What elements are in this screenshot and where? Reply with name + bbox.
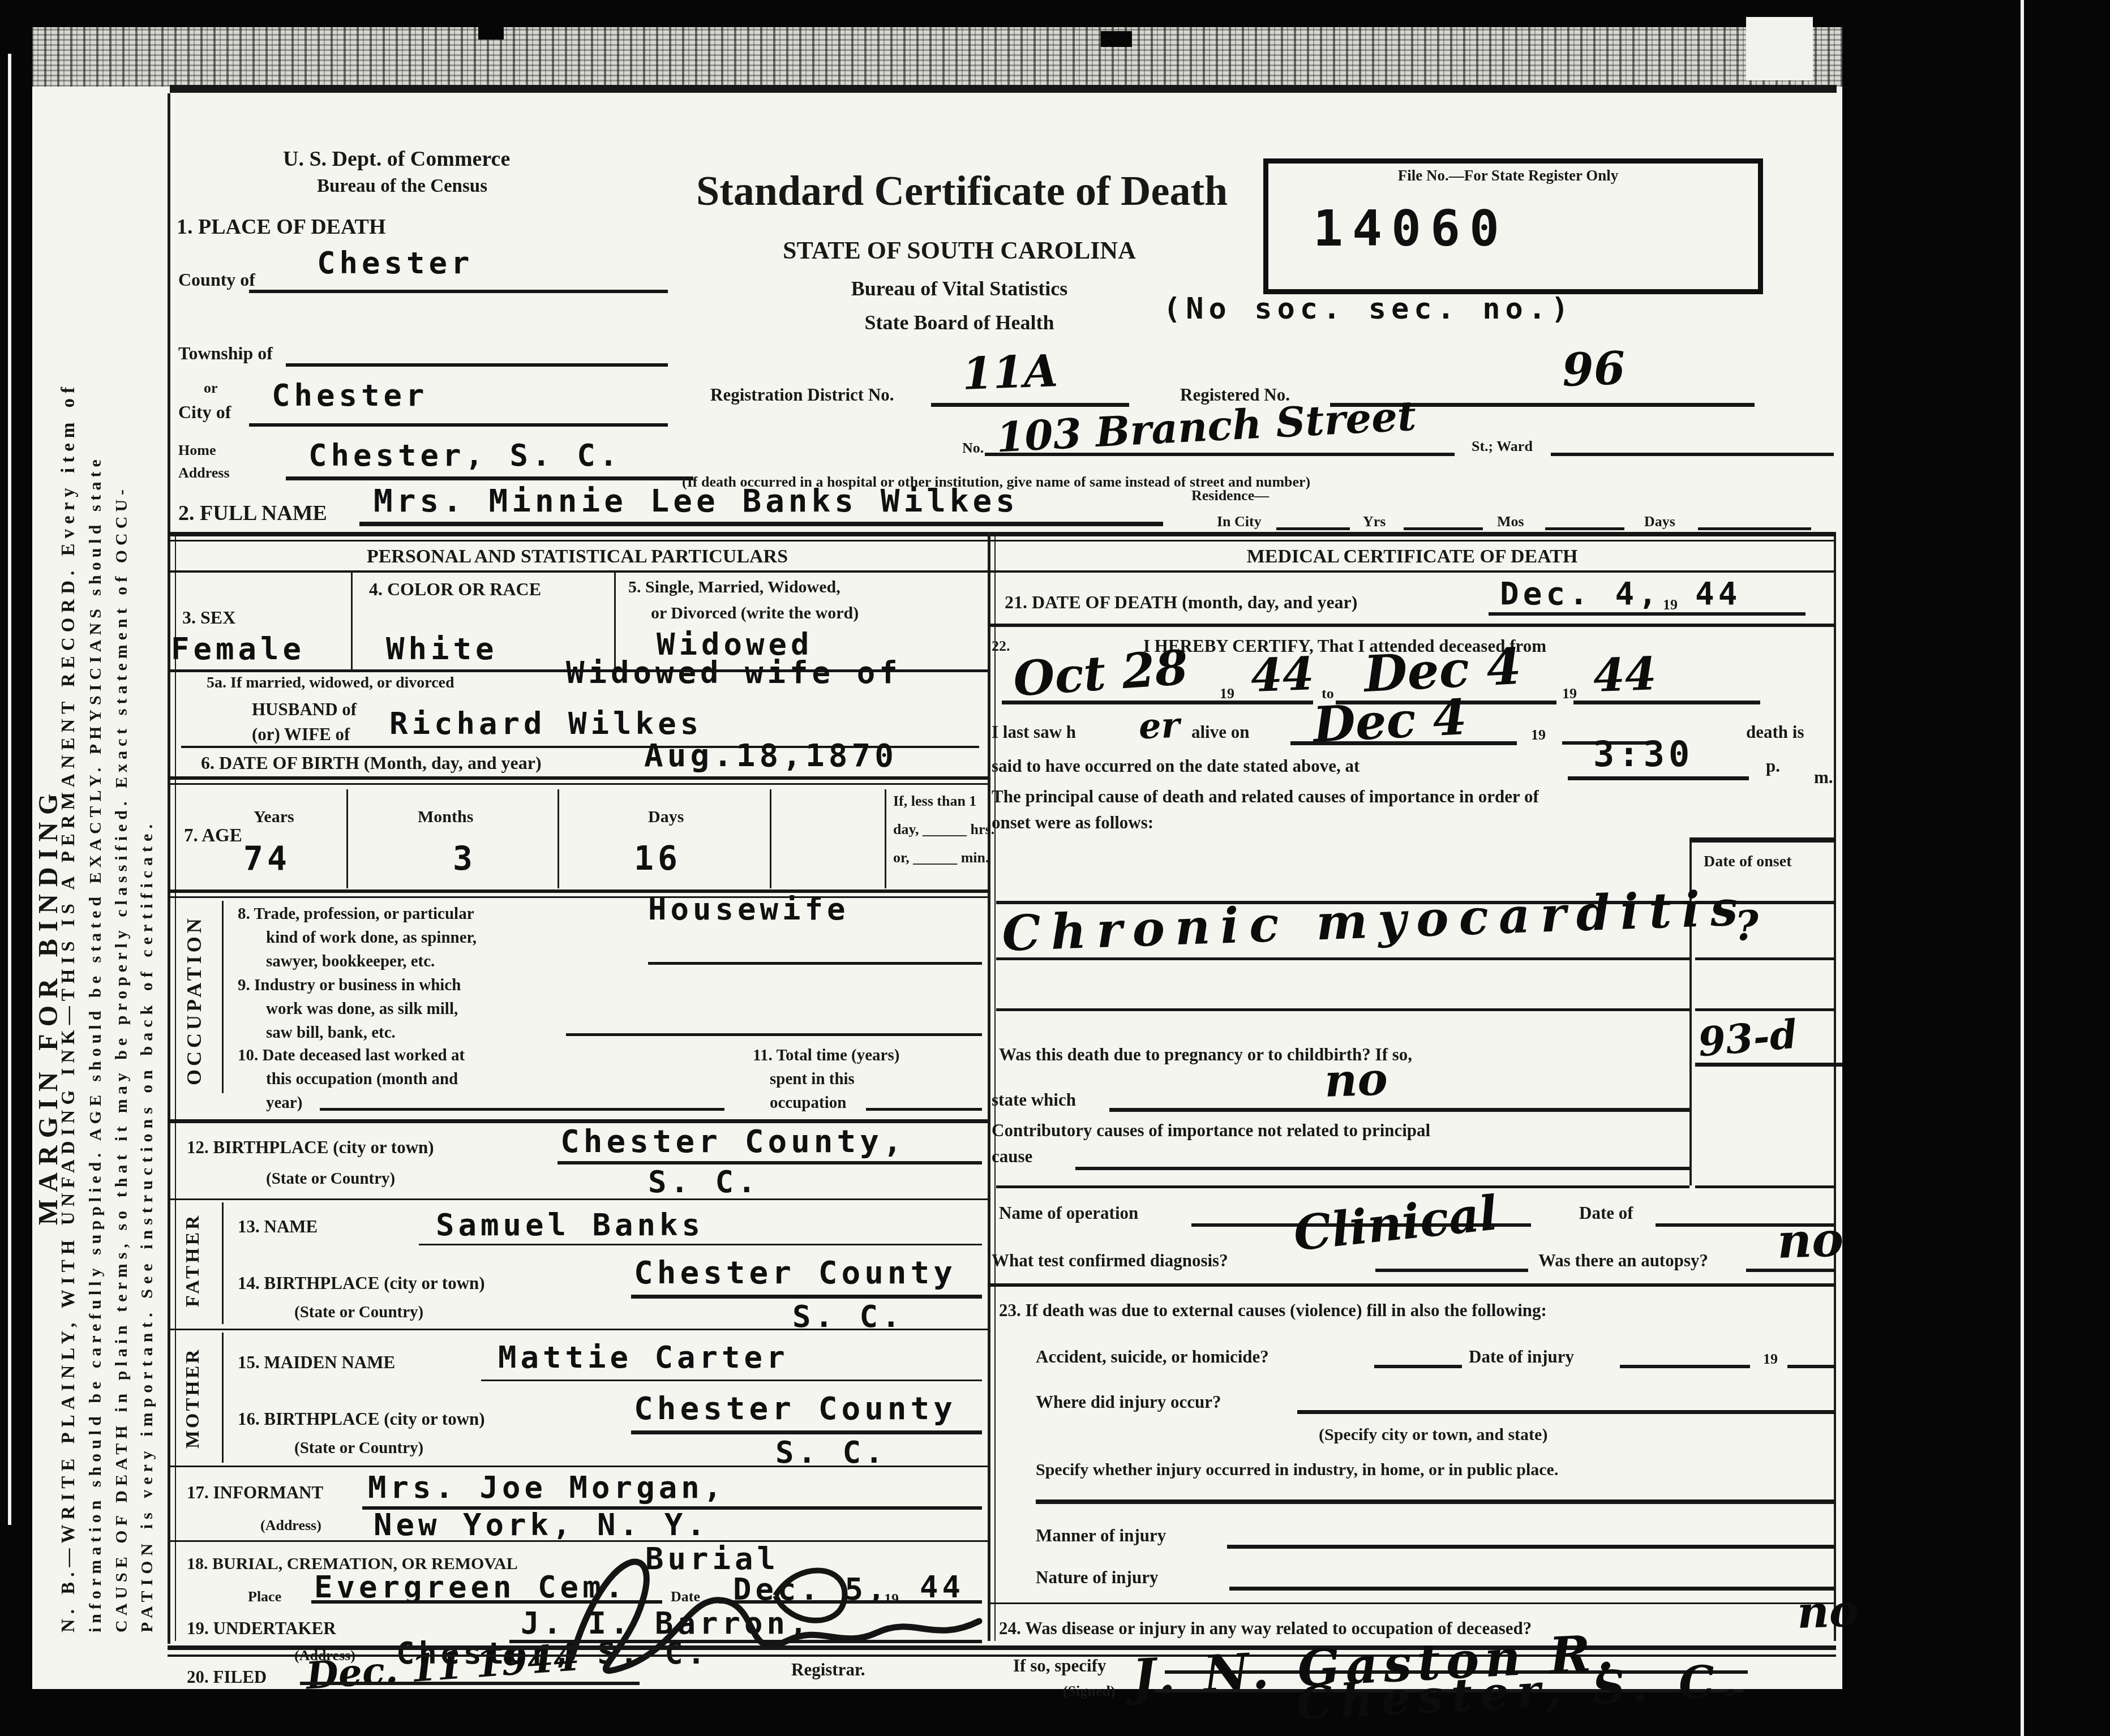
marital-label-2: or Divorced (write the word) — [651, 604, 859, 622]
accident-label: Accident, suicide, or homicide? — [1036, 1348, 1269, 1367]
registrar-label: Registrar. — [791, 1661, 865, 1679]
item16-value: Chester County — [634, 1393, 957, 1425]
item20-label: 20. FILED — [187, 1668, 267, 1687]
age-days-label: Days — [648, 808, 684, 826]
occurred-label: said to have occurred on the date stated… — [992, 757, 1360, 776]
home-label1: Home — [178, 442, 216, 458]
item14-state-value: S. C. — [792, 1301, 904, 1332]
onset-bottom-line — [1695, 1185, 1835, 1188]
autopsy-line — [1746, 1269, 1835, 1272]
home-address-line — [286, 476, 693, 480]
item10-line3: year) — [266, 1094, 302, 1111]
item18-place-label: Place — [248, 1589, 281, 1604]
husband-label: HUSBAND of — [252, 701, 357, 719]
age-years-value: 74 — [243, 842, 291, 875]
marital-label-1: 5. Single, Married, Widowed, — [628, 578, 840, 596]
item10-line — [320, 1108, 724, 1111]
age-label: 7. AGE — [184, 826, 242, 846]
death-certificate-scan: MARGIN FOR BINDING N. B.—WRITE PLAINLY, … — [0, 0, 2110, 1736]
sex-label: 3. SEX — [182, 608, 235, 628]
full-name-label: 2. FULL NAME — [178, 502, 327, 525]
residence-line2 — [1404, 527, 1483, 530]
scan-artifact-right-line — [2021, 0, 2024, 1736]
certificate-title: Standard Certificate of Death — [696, 170, 1223, 214]
medical-title-rule — [988, 570, 1836, 573]
item15-value: Mattie Carter — [498, 1342, 789, 1373]
age-divider-4 — [885, 789, 886, 888]
scan-artifact-notch — [1746, 17, 1813, 80]
occupation-side-label: OCCUPATION — [182, 915, 206, 1085]
pm-label-p: p. — [1766, 757, 1780, 776]
item16-label: 16. BIRTHPLACE (city or town) — [238, 1410, 485, 1429]
residence-line1 — [1276, 527, 1350, 530]
item21-label: 21. DATE OF DEATH (month, day, and year) — [1005, 593, 1357, 612]
accident-line — [1374, 1365, 1462, 1368]
scan-edge-right — [1842, 0, 2110, 1736]
state-line: STATE OF SOUTH CAROLINA — [696, 238, 1223, 264]
item24-value: no — [1796, 1589, 1859, 1635]
reg-district-label: Registration District No. — [710, 386, 894, 405]
scan-artifact-left-sliver — [8, 54, 11, 1525]
nature-label: Nature of injury — [1036, 1569, 1158, 1587]
form-left-border — [168, 93, 170, 1644]
age-days-value: 16 — [634, 842, 681, 875]
item11-line2: spent in this — [770, 1071, 855, 1088]
full-name-value: Mrs. Minnie Lee Banks Wilkes — [374, 485, 1019, 517]
item12-state-label: (State or Country) — [266, 1170, 395, 1187]
item16-state-label: (State or Country) — [294, 1439, 423, 1456]
item11-line1: 11. Total time (years) — [753, 1047, 899, 1064]
item5a-value: Widowed wife of — [566, 658, 902, 688]
father-side-label: FATHER — [182, 1213, 204, 1307]
age-rule-1 — [168, 890, 988, 893]
attended-line-1 — [1002, 701, 1313, 704]
item15-line — [481, 1380, 982, 1381]
county-label: County of — [178, 270, 255, 290]
attended-from-19: 19 — [1220, 686, 1234, 701]
residence-line3 — [1545, 527, 1624, 530]
margin-note-line3: CAUSE OF DEATH in plain terms, so that i… — [112, 485, 131, 1632]
attended-line-3 — [1573, 701, 1760, 704]
item15-label: 15. MAIDEN NAME — [238, 1353, 395, 1372]
date-injury-line — [1620, 1365, 1750, 1368]
item8-line3: sawyer, bookkeeper, etc. — [266, 953, 435, 970]
race-label: 4. COLOR OR RACE — [369, 580, 541, 599]
dob-label: 6. DATE OF BIRTH (Month, day, and year) — [201, 754, 542, 773]
item8-value: Housewife — [648, 894, 850, 925]
mother-divider — [222, 1333, 224, 1463]
item10-line1: 10. Date deceased last worked at — [238, 1047, 465, 1064]
reg-district-line — [931, 403, 1129, 407]
item12-state-value: S. C. — [648, 1167, 760, 1197]
time-line — [1568, 776, 1749, 780]
item10-line2: this occupation (month and — [266, 1071, 458, 1088]
dept-line1: U. S. Dept. of Commerce — [283, 148, 510, 171]
county-line — [249, 290, 668, 293]
principal-line2: onset were as follows: — [992, 814, 1153, 832]
item11-line — [866, 1108, 982, 1111]
time-value: 3:30 — [1593, 737, 1693, 772]
mother-rule — [170, 1466, 988, 1467]
township-line — [286, 363, 668, 367]
date-injury-label: Date of injury — [1469, 1348, 1574, 1367]
age-years-label: Years — [254, 808, 294, 826]
file-box-label: File No.—For State Register Only — [1269, 167, 1747, 183]
item21-19: 19 — [1663, 597, 1678, 612]
specify-line — [1036, 1499, 1835, 1504]
last-saw-19: 19 — [1531, 727, 1546, 742]
test-label: What test confirmed diagnosis? — [992, 1252, 1228, 1270]
item1-place-of-death: 1. PLACE OF DEATH — [177, 216, 385, 239]
item16-line — [631, 1430, 982, 1434]
where-line — [1297, 1410, 1835, 1414]
item9-line2: work was done, as silk mill, — [266, 1000, 458, 1017]
last-saw-label: I last saw h — [992, 723, 1076, 742]
medical-section-title: MEDICAL CERTIFICATE OF DEATH — [990, 547, 1834, 567]
scan-noise-strip — [31, 25, 1842, 87]
item24-rule — [988, 1602, 1835, 1604]
top-rule — [170, 85, 1837, 93]
city-line — [249, 423, 668, 427]
item14-value: Chester County — [634, 1257, 957, 1289]
last-saw-script: er — [1138, 708, 1180, 744]
day-hrs-label: day, ______ hrs. — [893, 822, 994, 837]
test-line — [1375, 1269, 1528, 1272]
signed-label: (Signed) — [1063, 1683, 1115, 1699]
full-name-line — [359, 522, 1163, 526]
residence-in-city: In City — [1217, 514, 1262, 529]
alive-on-label: alive on — [1191, 723, 1249, 742]
cause-line-2 — [996, 957, 1689, 960]
home-address-value: Chester, S. C. — [308, 440, 621, 471]
pregnancy-code-value: 93-d — [1696, 1014, 1799, 1062]
operation-date-label: Date of — [1579, 1204, 1633, 1223]
contributory-line1: Contributory causes of importance not re… — [992, 1121, 1430, 1140]
ward-line — [1551, 453, 1834, 456]
state-which-label: state which — [992, 1091, 1076, 1110]
personal-title-rule — [168, 570, 988, 573]
pregnancy-code-line — [1695, 1063, 1842, 1067]
last-saw-line — [1290, 741, 1517, 745]
mother-side-label: MOTHER — [182, 1347, 204, 1449]
city-label: City of — [178, 403, 231, 422]
item12-label: 12. BIRTHPLACE (city or town) — [187, 1138, 434, 1157]
contributory-line — [1075, 1167, 1689, 1170]
item12-rule — [170, 1198, 988, 1200]
sex-value: Female — [171, 634, 305, 664]
injury-19: 19 — [1763, 1351, 1778, 1367]
township-label: Township of — [178, 344, 273, 363]
age-divider-3 — [770, 789, 771, 888]
item16-state-value: S. C. — [775, 1437, 887, 1468]
item21-value: Dec. 4, — [1500, 578, 1661, 610]
cause-line-3 — [996, 1008, 1689, 1011]
residence-line4 — [1698, 527, 1811, 530]
item14-label: 14. BIRTHPLACE (city or town) — [238, 1274, 485, 1293]
contributory-line2: cause — [992, 1148, 1032, 1166]
form-left-border-inner — [175, 532, 176, 1641]
item13-label: 13. NAME — [238, 1218, 318, 1236]
item8-line2: kind of work done, as spinner, — [266, 929, 477, 946]
scan-edge-left — [0, 0, 32, 1736]
item17-label: 17. INFORMANT — [187, 1484, 323, 1502]
scan-blob-1 — [478, 11, 504, 40]
column-divider — [988, 532, 990, 1641]
dob-rule-2 — [168, 783, 988, 785]
item8-line1: 8. Trade, profession, or particular — [238, 905, 474, 922]
scan-edge-bottom — [0, 1691, 2110, 1736]
item14-line — [631, 1295, 982, 1299]
bureau-line: Bureau of Vital Statistics — [696, 278, 1223, 300]
item19-label: 19. UNDERTAKER — [187, 1619, 336, 1638]
file-number-value: 14060 — [1313, 204, 1508, 253]
item5a-label: 5a. If married, widowed, or divorced — [207, 674, 454, 691]
item21-rule — [988, 624, 1836, 627]
item21-line — [1489, 612, 1805, 616]
nature-line — [1229, 1587, 1835, 1591]
ward-label: St.; Ward — [1472, 439, 1533, 454]
race-value: White — [386, 634, 498, 664]
state-which-value: no — [1324, 1056, 1388, 1103]
home-label2: Address — [178, 465, 230, 480]
state-which-line — [1109, 1108, 1689, 1112]
onset-line-2 — [1695, 957, 1835, 960]
death-is-label: death is — [1746, 723, 1804, 742]
occupation-divider — [222, 901, 224, 1093]
street-no-label: No. — [962, 440, 984, 456]
dob-value: Aug.18,1870 — [644, 740, 898, 772]
residence-yrs: Yrs — [1363, 514, 1386, 529]
item9-line1: 9. Industry or business in which — [238, 977, 461, 994]
no-ssn-note: (No soc. sec. no.) — [1163, 294, 1574, 324]
item21-year: 44 — [1695, 578, 1741, 610]
item8-line — [648, 962, 982, 965]
attended-to-19: 19 — [1562, 686, 1577, 701]
father-divider — [222, 1202, 224, 1324]
dob-rule-1 — [168, 776, 988, 780]
age-months-value: 3 — [453, 842, 477, 875]
county-value: Chester — [317, 248, 474, 278]
operation-label: Name of operation — [999, 1204, 1138, 1223]
board-line: State Board of Health — [696, 312, 1223, 334]
item22-number: 22. — [992, 638, 1010, 654]
item17-value: Mrs. Joe Morgan, — [368, 1472, 726, 1503]
onset-box-top — [1689, 837, 1835, 843]
item9-line — [566, 1033, 982, 1036]
form-right-border — [1834, 532, 1836, 1641]
specify-whether-label: Specify whether injury occurred in indus… — [1036, 1461, 1558, 1479]
age-divider-1 — [346, 789, 348, 888]
specify-city-label: (Specify city or town, and state) — [1319, 1426, 1547, 1444]
residence-days: Days — [1644, 514, 1675, 529]
item9-line3: saw bill, bank, etc. — [266, 1024, 396, 1041]
street-line — [985, 453, 1455, 456]
age-divider-2 — [557, 789, 559, 888]
wife-label: (or) WIFE of — [252, 725, 350, 744]
reg-district-value: 11A — [962, 349, 1059, 397]
city-value: Chester — [272, 380, 428, 411]
item13-value: Samuel Banks — [436, 1210, 704, 1240]
sex-race-divider — [351, 573, 353, 672]
item23-label: 23. If death was due to external causes … — [999, 1301, 1547, 1320]
residence-label: Residence— — [1191, 488, 1269, 503]
manner-label: Manner of injury — [1036, 1527, 1166, 1545]
registered-no-value: 96 — [1562, 345, 1626, 393]
principal-line1: The principal cause of death and related… — [992, 788, 1539, 806]
dept-line2: Bureau of the Census — [317, 177, 487, 196]
margin-note-line4: PATION is very important. See instructio… — [138, 819, 157, 1632]
attended-from-value: Oct 28 — [1011, 643, 1189, 703]
cause-bottom-line — [996, 1185, 1689, 1188]
injury-19-line — [1787, 1365, 1835, 1368]
pm-label-m: m. — [1814, 768, 1833, 787]
item17-address-label: (Address) — [260, 1518, 321, 1533]
item14-state-label: (State or Country) — [294, 1304, 423, 1321]
section-rule-2 — [168, 540, 1836, 542]
personal-section-title: PERSONAL AND STATISTICAL PARTICULARS — [170, 547, 985, 567]
autopsy-value: no — [1777, 1215, 1845, 1265]
item13-line — [419, 1244, 982, 1245]
onset-value: ? — [1734, 905, 1760, 946]
item11-line3: occupation — [770, 1094, 846, 1111]
scan-blob-2 — [1101, 31, 1132, 47]
where-label: Where did injury occur? — [1036, 1393, 1221, 1412]
item12-line — [557, 1161, 982, 1165]
autopsy-label: Was there an autopsy? — [1538, 1252, 1708, 1270]
item12-value: Chester County, — [560, 1126, 906, 1158]
onset-line-3 — [1695, 1008, 1835, 1011]
section-rule-1 — [168, 532, 1836, 536]
onset-header: Date of onset — [1704, 853, 1792, 870]
attended-to-year: 44 — [1593, 651, 1657, 698]
age-rule-2 — [168, 896, 988, 898]
spouse-value: Richard Wilkes — [389, 708, 702, 739]
attended-from-year: 44 — [1250, 651, 1315, 698]
item23-rule — [988, 1283, 1836, 1287]
margin-note-line1: N. B.—WRITE PLAINLY, WITH UNFADING INK—T… — [58, 382, 79, 1632]
manner-line — [1227, 1545, 1835, 1549]
residence-mos: Mos — [1497, 514, 1524, 529]
occupation-rule — [168, 1119, 988, 1123]
age-months-label: Months — [418, 808, 473, 826]
father-mother-rule — [170, 1329, 988, 1330]
if-less-label: If, less than 1 — [893, 793, 976, 809]
column-divider-inner — [994, 532, 996, 1641]
or-label: or — [204, 380, 218, 396]
registrar-signature — [532, 1528, 996, 1686]
if-so-label: If so, specify — [1013, 1657, 1106, 1675]
margin-note-line2: information should be carefully supplied… — [86, 455, 105, 1632]
or-min-label: or, ______ min. — [893, 850, 989, 865]
